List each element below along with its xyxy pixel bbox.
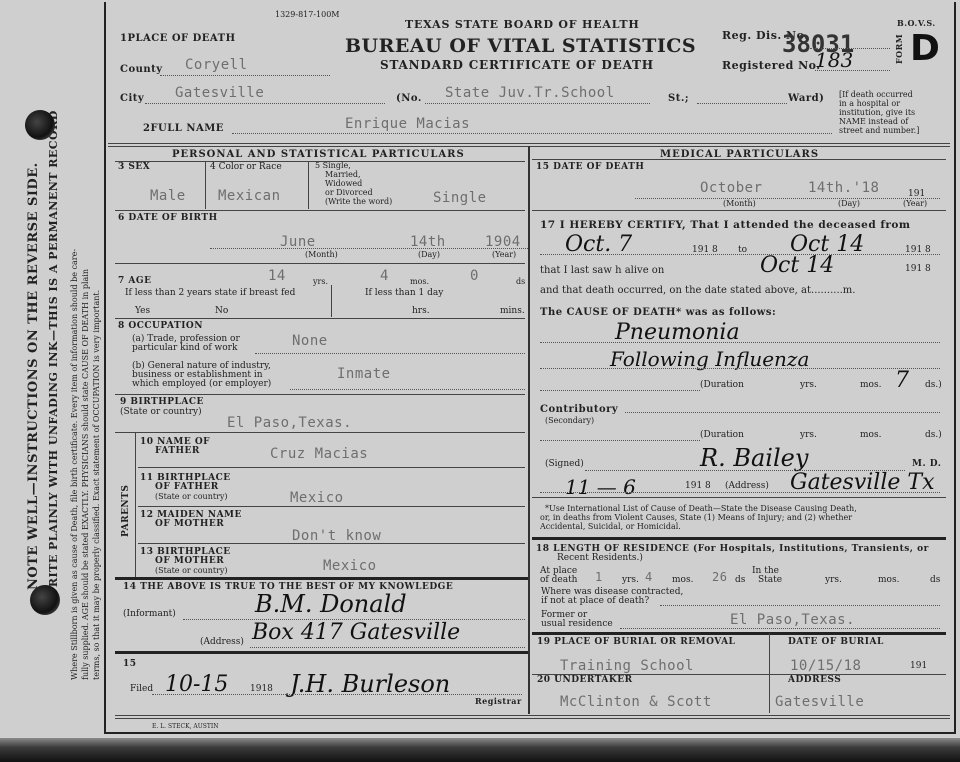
parents-label: PARENTS bbox=[122, 485, 132, 537]
sex-value: Male bbox=[150, 188, 186, 204]
print-code: 1329-817-100M bbox=[275, 10, 340, 19]
street-no-label: (No. bbox=[396, 93, 422, 104]
residence-years: 1 bbox=[595, 570, 603, 584]
certify-statement: 17 I HEREBY CERTIFY, That I attended the… bbox=[540, 220, 911, 231]
mother-birthplace: Mexico bbox=[323, 558, 377, 574]
registered-number: 183 bbox=[815, 48, 853, 72]
father-birthplace: Mexico bbox=[290, 490, 344, 506]
cause-of-death-label: The CAUSE OF DEATH* was as follows: bbox=[540, 307, 776, 318]
death-day: 14th.'18 bbox=[808, 180, 879, 196]
age-instruction: fully supplied. AGE should be stated EXA… bbox=[81, 269, 90, 680]
registered-label: Registered No. bbox=[722, 60, 821, 71]
binder-hole bbox=[30, 585, 60, 615]
race-value: Mexican bbox=[218, 188, 281, 204]
full-name-value: Enrique Macias bbox=[345, 116, 470, 132]
marital-label-5: (Write the word) bbox=[325, 197, 392, 206]
informant-address: Box 417 Gatesville bbox=[252, 620, 460, 645]
county-label: County bbox=[120, 64, 163, 75]
county-value: Coryell bbox=[185, 57, 248, 73]
occupation-label: 8 OCCUPATION bbox=[118, 322, 203, 332]
informant-signature: B.M. Donald bbox=[255, 590, 407, 618]
race-label: 4 Color or Race bbox=[210, 163, 282, 173]
form-letter: D bbox=[910, 28, 940, 69]
institution-note-2: in a hospital or bbox=[839, 99, 900, 108]
age-months: 4 bbox=[380, 268, 389, 284]
institution-note-4: NAME instead of bbox=[839, 117, 908, 126]
city-value: Gatesville bbox=[175, 85, 264, 101]
institution-note-3: institution, give its bbox=[839, 108, 915, 117]
occupation-industry: Inmate bbox=[337, 366, 391, 382]
place-of-death-label: 1PLACE OF DEATH bbox=[120, 33, 236, 44]
mother-maiden-name: Don't know bbox=[292, 528, 381, 544]
write-plainly-instructions: WRITE PLAINLY WITH UNFADING INK—THIS IS … bbox=[48, 110, 59, 600]
full-name-label: 2FULL NAME bbox=[143, 123, 224, 134]
printer-imprint: E. L. STECK, AUSTIN bbox=[152, 722, 219, 731]
marital-label-1: 5 Single, bbox=[315, 161, 351, 170]
ward-label: Ward) bbox=[788, 93, 824, 104]
note-well-instructions: NOTE WELL—INSTRUCTIONS ON THE REVERSE SI… bbox=[28, 162, 39, 590]
age-years: 14 bbox=[268, 268, 286, 284]
institution-note-1: [If death occurred bbox=[839, 90, 913, 99]
burial-place: Training School bbox=[560, 658, 694, 674]
binder-hole bbox=[25, 110, 55, 140]
occupation-trade: None bbox=[292, 333, 328, 349]
residence-months: 4 bbox=[645, 570, 653, 584]
page-edge-shadow bbox=[0, 738, 960, 762]
marital-value: Single bbox=[433, 190, 487, 206]
st-label: St.; bbox=[668, 93, 689, 104]
burial-date: 10/15/18 bbox=[790, 658, 861, 674]
dob-label: 6 DATE OF BIRTH bbox=[118, 214, 218, 224]
duration-days: 7 bbox=[895, 368, 909, 393]
birthplace-value: El Paso,Texas. bbox=[227, 415, 352, 431]
bovs-label: B.O.V.S. bbox=[897, 19, 936, 28]
signed-date: 11 — 6 bbox=[565, 475, 636, 499]
marital-label-2: Married, bbox=[325, 170, 361, 179]
institution-value: State Juv.Tr.School bbox=[445, 85, 615, 101]
former-residence: El Paso,Texas. bbox=[730, 612, 855, 628]
city-label: City bbox=[120, 93, 144, 104]
age-label: 7 AGE bbox=[118, 277, 151, 287]
age-days: 0 bbox=[470, 268, 479, 284]
bureau-title: BUREAU OF VITAL STATISTICS bbox=[345, 35, 696, 57]
physician-signature: R. Bailey bbox=[700, 444, 808, 472]
certificate-title: STANDARD CERTIFICATE OF DEATH bbox=[380, 58, 654, 72]
marital-label-3: Widowed bbox=[325, 179, 362, 188]
occupation-instruction: terms, so that it may be properly classi… bbox=[92, 290, 101, 680]
death-certificate: NOTE WELL—INSTRUCTIONS ON THE REVERSE SI… bbox=[0, 0, 960, 740]
stillborn-instruction: Where Stillborn is given as cause of Dea… bbox=[70, 249, 79, 680]
personal-section-title: PERSONAL AND STATISTICAL PARTICULARS bbox=[172, 149, 465, 160]
institution-note-5: street and number.] bbox=[839, 126, 919, 135]
board-title: TEXAS STATE BOARD OF HEALTH bbox=[405, 18, 640, 31]
last-seen-alive: Oct 14 bbox=[760, 253, 834, 278]
residence-days: 26 bbox=[712, 570, 727, 584]
undertaker-name: McClinton & Scott bbox=[560, 694, 712, 710]
death-month: October bbox=[700, 180, 763, 196]
undertaker-address: Gatesville bbox=[775, 694, 864, 710]
sex-label: 3 SEX bbox=[118, 163, 150, 173]
father-name: Cruz Macias bbox=[270, 446, 368, 462]
marital-label-4: or Divorced bbox=[325, 188, 373, 197]
form-label: FORM bbox=[895, 34, 904, 64]
